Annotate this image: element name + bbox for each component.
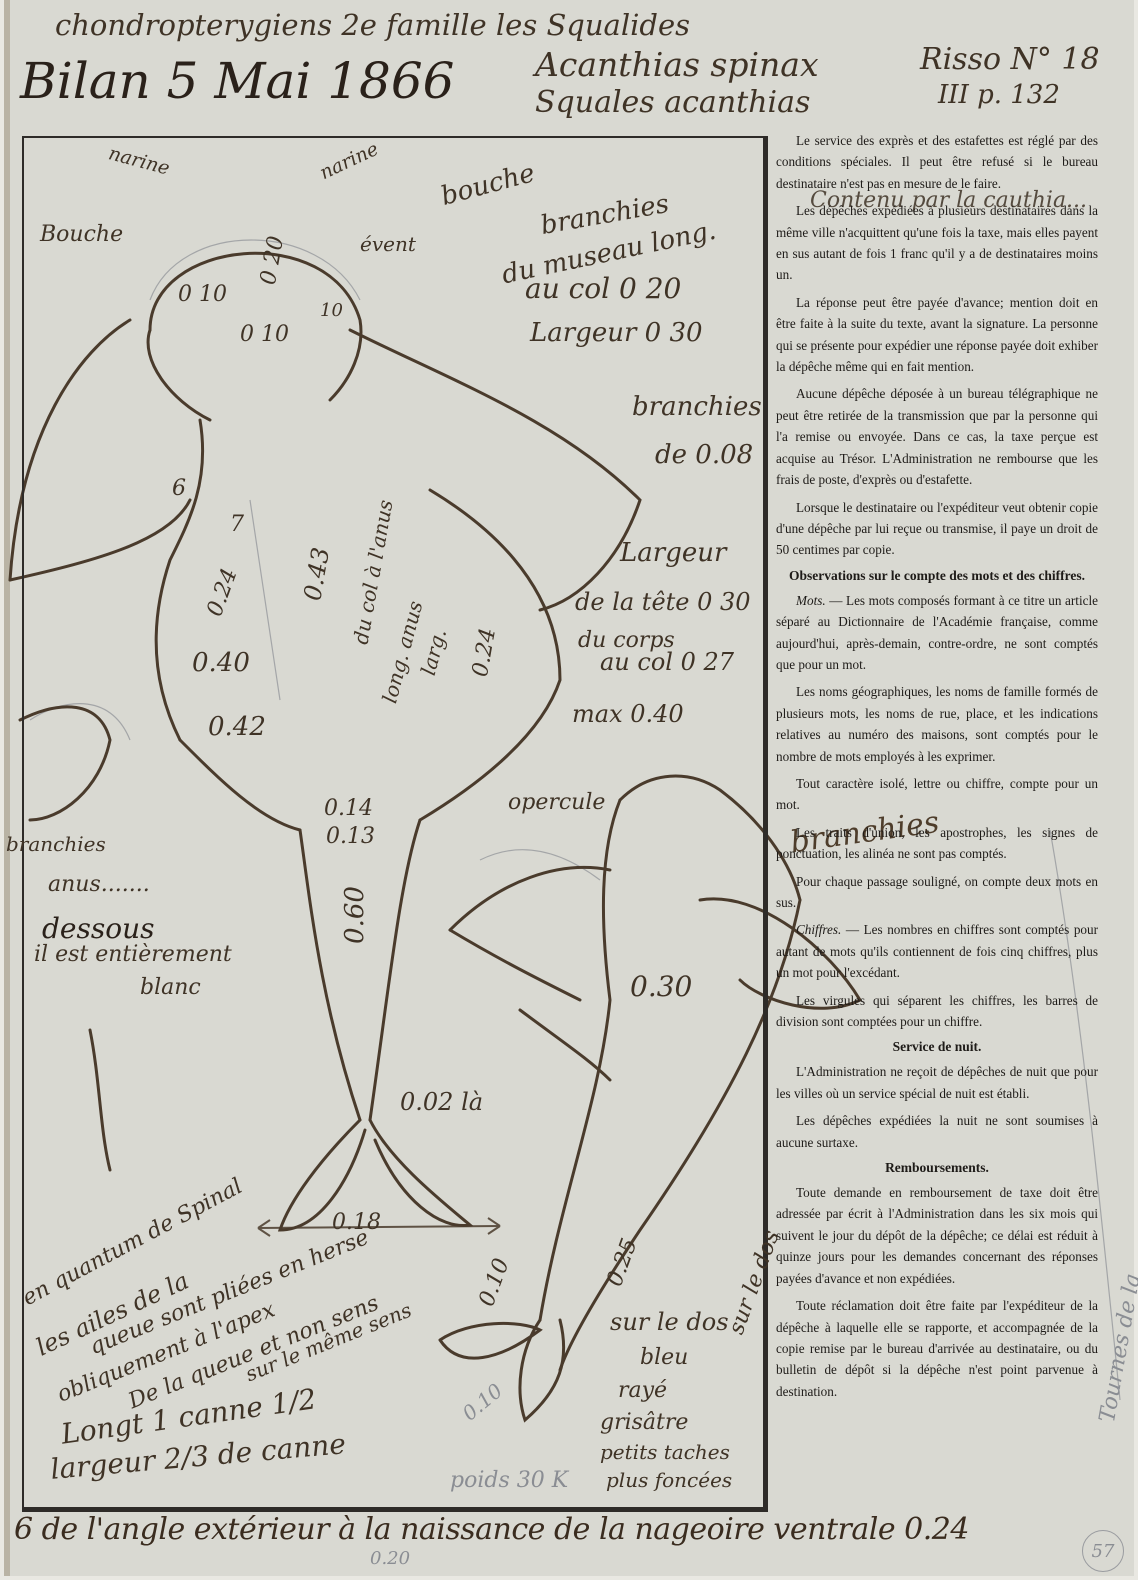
printed-paragraph: Tout caractère isolé, lettre ou chiffre,…	[776, 773, 1098, 816]
printed-heading-remboursements: Remboursements.	[776, 1159, 1098, 1176]
label-opercule: opercule	[508, 790, 605, 815]
body-measure-014: 0.14	[324, 796, 373, 821]
label-sur-le-dos-1: sur le dos	[610, 1308, 729, 1336]
reference-line1: Risso N° 18	[920, 42, 1100, 77]
largeur-line1: Largeur	[620, 538, 726, 568]
printed-heading-service-nuit: Service de nuit.	[776, 1038, 1098, 1055]
header-classification: chondropterygiens 2e famille les Squalid…	[55, 8, 690, 42]
body-measure-013: 0.13	[326, 824, 375, 849]
dimensions-line2: au col 0 20	[525, 272, 681, 305]
note-plus-foncees: plus foncées	[606, 1468, 732, 1492]
head-measure-4: 10	[320, 300, 343, 321]
printed-paragraph: Aucune dépêche déposée à un bureau télég…	[776, 383, 1098, 490]
page-number-text: 57	[1092, 1541, 1115, 1562]
largeur-line4: au col 0 27	[600, 648, 734, 676]
printed-paragraph: Pour chaque passage souligné, on compte …	[776, 871, 1098, 914]
printed-em: Mots.	[796, 593, 826, 608]
branchies-value: de 0.08	[655, 440, 753, 470]
label-branchies-mid: branchies	[632, 392, 762, 422]
printed-paragraph: Lorsque le destinataire ou l'expéditeur …	[776, 497, 1098, 561]
printed-paragraph: Toute réclamation doit être faite par l'…	[776, 1295, 1098, 1402]
printed-paragraph: L'Administration ne reçoit de dépêches d…	[776, 1061, 1098, 1104]
label-branchies-left: branchies	[6, 832, 106, 856]
printed-paragraph: Les dépêches expédiées la nuit ne sont s…	[776, 1110, 1098, 1153]
note-poids: poids 30 K	[450, 1468, 568, 1493]
body-measure-6: 6	[172, 476, 186, 501]
printed-paragraph: La réponse peut être payée d'avance; men…	[776, 292, 1098, 378]
printed-paragraph: Mots. — Les mots composés formant à ce t…	[776, 590, 1098, 676]
printed-paragraph: Les dépêches expédiées à plusieurs desti…	[776, 200, 1098, 286]
largeur-line2: de la tête 0 30	[575, 588, 751, 616]
dessous-line2: il est entièrement	[34, 942, 232, 967]
bottom-pencil-value: 0.20	[370, 1548, 410, 1569]
reference-line2: III p. 132	[938, 80, 1060, 110]
body-measure-7: 7	[230, 512, 244, 537]
species-latin: Acanthias spinax	[535, 45, 819, 84]
note-petits-taches: petits taches	[600, 1440, 730, 1464]
printed-paragraph: Chiffres. — Les nombres en chiffres sont…	[776, 919, 1098, 983]
printed-paragraph: Le service des exprès et des estafettes …	[776, 130, 1098, 194]
note-bleu: bleu	[640, 1345, 688, 1370]
printed-paragraph: Toute demande en remboursement de taxe d…	[776, 1182, 1098, 1289]
printed-telegraph-text: Le service des exprès et des estafettes …	[776, 130, 1098, 1408]
head-measure-3: 0 10	[240, 322, 289, 347]
page-number: 57	[1082, 1530, 1124, 1572]
note-grisatre: grisâtre	[600, 1410, 688, 1435]
dessous-line3: blanc	[140, 975, 201, 1000]
body-measure-060: 0.60	[340, 886, 370, 944]
note-raye: rayé	[618, 1378, 667, 1403]
printed-heading-observations: Observations sur le compte des mots et d…	[776, 567, 1098, 584]
label-anus: anus.......	[48, 872, 150, 897]
dimensions-line3: Largeur 0 30	[530, 318, 703, 348]
largeur-line5: max 0.40	[572, 700, 684, 728]
body-measure-040: 0.40	[192, 648, 250, 678]
body-measure-002: 0.02 là	[400, 1088, 483, 1116]
body-measure-042: 0.42	[208, 712, 266, 742]
printed-paragraph: Les virgules qui séparent les chiffres, …	[776, 990, 1098, 1033]
head-measure-1: 0 10	[178, 282, 227, 307]
printed-em: Chiffres.	[796, 922, 841, 937]
body-measure-030: 0.30	[630, 970, 692, 1003]
printed-paragraph: Les traits d'union, les apostrophes, les…	[776, 822, 1098, 865]
dessous-line1: dessous	[42, 912, 155, 945]
label-event: évent	[360, 232, 416, 256]
printed-paragraph: Les noms géographiques, les noms de fami…	[776, 681, 1098, 767]
species-french: Squales acanthias	[535, 85, 810, 120]
page-title: Bilan 5 Mai 1866	[20, 52, 454, 110]
bottom-note: 6 de l'angle extérieur à la naissance de…	[14, 1512, 969, 1547]
label-bouche-left: Bouche	[40, 222, 123, 247]
